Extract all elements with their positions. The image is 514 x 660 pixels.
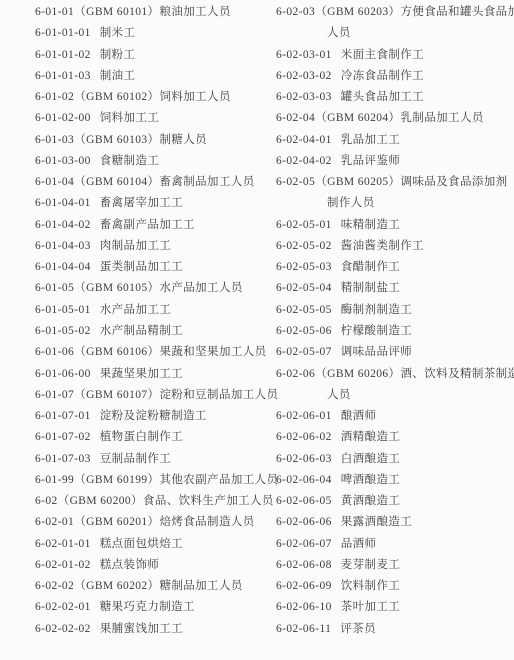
entry-code: 6-01-03-00 — [35, 155, 91, 167]
entry-line: 6-01-07-01淀粉及淀粉糖制造工 — [35, 406, 265, 427]
entry-label: 饲料加工工 — [100, 112, 160, 124]
category-entry-line: 6-02（GBM 60200）食品、饮料生产加工人员 — [35, 491, 265, 512]
entry-label: 酒精酿造工 — [341, 431, 401, 443]
category-entry-line: 6-01-99（GBM 60199）其他农副产品加工人员 — [35, 470, 265, 491]
entry-wrap-line: 人员 — [276, 385, 514, 406]
entry-label: 粮油加工人员 — [159, 6, 230, 18]
entry-code: 6-02-06-08 — [276, 559, 332, 571]
entry-code: 6-02-06-03 — [276, 453, 332, 465]
entry-code: 6-01-99 — [35, 474, 74, 486]
entry-label: 酶制剂制造工 — [341, 304, 412, 316]
entry-label: 制粉工 — [100, 49, 136, 61]
entry-label: 果露酒酿造工 — [341, 516, 412, 528]
entry-label: 调味品品评师 — [341, 346, 412, 358]
entry-gbm-code: （GBM 60202） — [74, 580, 159, 592]
entry-line: 6-02-05-06柠檬酸制造工 — [276, 321, 514, 342]
entry-label: 糖制品加工人员 — [159, 580, 242, 592]
entry-code: 6-01-04-04 — [35, 261, 91, 273]
category-entry-line: 6-02-02（GBM 60202）糖制品加工人员 — [35, 576, 265, 597]
entry-line: 6-01-05-01水产品加工工 — [35, 300, 265, 321]
entry-label: 焙烤食品制造人员 — [159, 516, 254, 528]
entry-label: 畜禽屠宰加工工 — [100, 197, 183, 209]
left-column: 6-01-01（GBM 60101）粮油加工人员6-01-01-01制米工6-0… — [35, 2, 265, 640]
entry-code: 6-01-04-01 — [35, 197, 91, 209]
entry-wrap-line: 制作人员 — [276, 193, 514, 214]
entry-line: 6-01-04-02畜禽副产品加工工 — [35, 215, 265, 236]
entry-line: 6-01-03-00食糖制造工 — [35, 151, 265, 172]
category-entry-line: 6-02-04（GBM 60204）乳制品加工人员 — [276, 108, 514, 129]
entry-label: 味精制造工 — [341, 219, 401, 231]
category-entry-line: 6-01-03（GBM 60103）制糖人员 — [35, 130, 265, 151]
entry-gbm-code: （GBM 60101） — [74, 6, 159, 18]
entry-line: 6-02-03-03罐头食品加工工 — [276, 87, 514, 108]
entry-label: 米面主食制作工 — [341, 49, 424, 61]
category-entry-line: 6-01-01（GBM 60101）粮油加工人员 — [35, 2, 265, 23]
entry-label: 酒、饮料及精制茶制造 — [400, 368, 514, 380]
entry-line: 6-02-01-02糕点装饰师 — [35, 555, 265, 576]
entry-code: 6-02-06-07 — [276, 538, 332, 550]
entry-gbm-code: （GBM 60201） — [74, 516, 159, 528]
entry-label: 评茶员 — [340, 623, 376, 635]
entry-code: 6-01-06 — [35, 346, 74, 358]
entry-code: 6-02-05-06 — [276, 325, 332, 337]
entry-code: 6-01-07-03 — [35, 453, 91, 465]
entry-label: 麦芽制麦工 — [341, 559, 401, 571]
entry-label: 罐头食品加工工 — [341, 91, 424, 103]
entry-line: 6-01-01-03制油工 — [35, 66, 265, 87]
entry-label: 其他农副产品加工人员 — [159, 474, 278, 486]
category-entry-line: 6-02-05（GBM 60205）调味品及食品添加剂 — [276, 172, 514, 193]
entry-line: 6-02-04-01乳品加工工 — [276, 130, 514, 151]
entry-label: 柠檬酸制造工 — [341, 325, 412, 337]
entry-label: 制米工 — [100, 27, 136, 39]
category-entry-line: 6-01-05（GBM 60105）水产品加工人员 — [35, 278, 265, 299]
entry-label: 制作人员 — [327, 197, 375, 209]
entry-line: 6-02-06-10茶叶加工工 — [276, 597, 514, 618]
entry-line: 6-02-05-03食醋制作工 — [276, 257, 514, 278]
entry-code: 6-01-07-01 — [35, 410, 91, 422]
entry-line: 6-01-04-04蛋类制品加工工 — [35, 257, 265, 278]
entry-label: 糖果巧克力制造工 — [100, 601, 195, 613]
entry-label: 果蔬和坚果加工人员 — [159, 346, 266, 358]
entry-label: 水产制品精制工 — [100, 325, 183, 337]
entry-line: 6-02-06-01酿酒师 — [276, 406, 514, 427]
entry-code: 6-02-06-10 — [276, 601, 332, 613]
entry-code: 6-01-04-02 — [35, 219, 91, 231]
category-entry-line: 6-01-02（GBM 60102）饲料加工人员 — [35, 87, 265, 108]
entry-gbm-code: （GBM 60105） — [74, 282, 159, 294]
entry-line: 6-02-06-03白酒酿造工 — [276, 449, 514, 470]
entry-code: 6-01-01-01 — [35, 27, 91, 39]
entry-code: 6-02-04-02 — [276, 155, 332, 167]
entry-code: 6-02 — [35, 495, 58, 507]
entry-gbm-code: （GBM 60206） — [315, 368, 400, 380]
entry-line: 6-01-07-03豆制品制作工 — [35, 449, 265, 470]
entry-line: 6-02-06-09饮料制作工 — [276, 576, 514, 597]
entry-label: 黄酒酿造工 — [341, 495, 401, 507]
entry-label: 冷冻食品制作工 — [341, 70, 424, 82]
entry-code: 6-02-02 — [35, 580, 74, 592]
entry-label: 果蔬坚果加工工 — [100, 368, 183, 380]
entry-line: 6-02-03-02冷冻食品制作工 — [276, 66, 514, 87]
entry-label: 糕点面包烘焙工 — [100, 538, 183, 550]
entry-code: 6-01-02-00 — [35, 112, 91, 124]
entry-code: 6-02-03 — [276, 6, 315, 18]
entry-label: 植物蛋白制作工 — [100, 431, 183, 443]
entry-gbm-code: （GBM 60199） — [74, 474, 159, 486]
entry-line: 6-01-06-00果蔬坚果加工工 — [35, 364, 265, 385]
entry-label: 水产品加工工 — [100, 304, 171, 316]
entry-label: 人员 — [327, 389, 351, 401]
entry-code: 6-01-05-02 — [35, 325, 91, 337]
entry-line: 6-02-03-01米面主食制作工 — [276, 45, 514, 66]
entry-gbm-code: （GBM 60102） — [74, 91, 159, 103]
entry-label: 啤酒酿造工 — [341, 474, 401, 486]
entry-code: 6-02-06-04 — [276, 474, 332, 486]
entry-line: 6-01-07-02植物蛋白制作工 — [35, 427, 265, 448]
entry-label: 酱油酱类制作工 — [341, 240, 424, 252]
category-entry-line: 6-01-04（GBM 60104）畜禽制品加工人员 — [35, 172, 265, 193]
entry-code: 6-02-04 — [276, 112, 315, 124]
category-entry-line: 6-02-06（GBM 60206）酒、饮料及精制茶制造 — [276, 364, 514, 385]
entry-label: 豆制品制作工 — [100, 453, 171, 465]
entry-code: 6-02-06-02 — [276, 431, 332, 443]
entry-code: 6-02-06 — [276, 368, 315, 380]
entry-line: 6-01-05-02水产制品精制工 — [35, 321, 265, 342]
entry-line: 6-02-05-01味精制造工 — [276, 215, 514, 236]
entry-line: 6-02-05-07调味品品评师 — [276, 342, 514, 363]
entry-code: 6-02-03-03 — [276, 91, 332, 103]
entry-code: 6-02-06-05 — [276, 495, 332, 507]
entry-label: 淀粉及淀粉糖制造工 — [100, 410, 207, 422]
entry-code: 6-02-03-01 — [276, 49, 332, 61]
entry-code: 6-01-01-02 — [35, 49, 91, 61]
entry-line: 6-01-04-01畜禽屠宰加工工 — [35, 193, 265, 214]
entry-label: 白酒酿造工 — [341, 453, 401, 465]
entry-label: 果脯蜜饯加工工 — [100, 623, 183, 635]
entry-line: 6-01-01-02制粉工 — [35, 45, 265, 66]
entry-line: 6-02-01-01糕点面包烘焙工 — [35, 534, 265, 555]
entry-label: 食品、饮料生产加工人员 — [143, 495, 274, 507]
entry-code: 6-01-07 — [35, 389, 74, 401]
category-entry-line: 6-02-01（GBM 60201）焙烤食品制造人员 — [35, 512, 265, 533]
entry-gbm-code: （GBM 60203） — [315, 6, 400, 18]
entry-label: 畜禽制品加工人员 — [159, 176, 254, 188]
entry-code: 6-02-01-01 — [35, 538, 91, 550]
entry-line: 6-02-06-07品酒师 — [276, 534, 514, 555]
category-entry-line: 6-02-03（GBM 60203）方便食品和罐头食品加工 — [276, 2, 514, 23]
entry-line: 6-02-06-02酒精酿造工 — [276, 427, 514, 448]
category-entry-line: 6-01-06（GBM 60106）果蔬和坚果加工人员 — [35, 342, 265, 363]
entry-gbm-code: （GBM 60106） — [74, 346, 159, 358]
entry-line: 6-02-06-06果露酒酿造工 — [276, 512, 514, 533]
entry-label: 方便食品和罐头食品加工 — [400, 6, 514, 18]
entry-label: 制油工 — [100, 70, 136, 82]
entry-code: 6-01-01 — [35, 6, 74, 18]
entry-line: 6-02-05-05酶制剂制造工 — [276, 300, 514, 321]
entry-gbm-code: （GBM 60104） — [74, 176, 159, 188]
entry-line: 6-02-06-05黄酒酿造工 — [276, 491, 514, 512]
entry-label: 饲料加工人员 — [159, 91, 230, 103]
entry-line: 6-02-06-04啤酒酿造工 — [276, 470, 514, 491]
entry-code: 6-02-05-05 — [276, 304, 332, 316]
entry-code: 6-02-06-06 — [276, 516, 332, 528]
entry-label: 蛋类制品加工工 — [100, 261, 183, 273]
entry-label: 茶叶加工工 — [341, 601, 401, 613]
entry-code: 6-02-01-02 — [35, 559, 91, 571]
entry-code: 6-02-01 — [35, 516, 74, 528]
entry-code: 6-02-06-01 — [276, 410, 332, 422]
entry-line: 6-02-02-01糖果巧克力制造工 — [35, 597, 265, 618]
entry-label: 饮料制作工 — [341, 580, 401, 592]
entry-label: 水产品加工人员 — [159, 282, 242, 294]
entry-code: 6-01-04-03 — [35, 240, 91, 252]
entry-gbm-code: （GBM 60204） — [315, 112, 400, 124]
entry-code: 6-02-05-01 — [276, 219, 332, 231]
entry-label: 人员 — [327, 27, 351, 39]
entry-code: 6-02-06-11 — [276, 623, 331, 635]
entry-code: 6-02-05-02 — [276, 240, 332, 252]
entry-label: 糕点装饰师 — [100, 559, 160, 571]
entry-code: 6-02-02-01 — [35, 601, 91, 613]
entry-label: 淀粉和豆制品加工人员 — [159, 389, 278, 401]
entry-line: 6-01-01-01制米工 — [35, 23, 265, 44]
entry-code: 6-01-05-01 — [35, 304, 91, 316]
entry-label: 酿酒师 — [341, 410, 377, 422]
category-entry-line: 6-01-07（GBM 60107）淀粉和豆制品加工人员 — [35, 385, 265, 406]
entry-label: 肉制品加工工 — [100, 240, 171, 252]
entry-code: 6-02-05 — [276, 176, 315, 188]
entry-code: 6-02-05-04 — [276, 282, 332, 294]
entry-code: 6-01-05 — [35, 282, 74, 294]
entry-code: 6-02-04-01 — [276, 134, 332, 146]
entry-code: 6-01-02 — [35, 91, 74, 103]
entry-line: 6-02-06-08麦芽制麦工 — [276, 555, 514, 576]
entry-label: 精制制盐工 — [341, 282, 401, 294]
entry-code: 6-01-07-02 — [35, 431, 91, 443]
entry-line: 6-02-04-02乳品评鉴师 — [276, 151, 514, 172]
entry-line: 6-01-02-00饲料加工工 — [35, 108, 265, 129]
entry-label: 调味品及食品添加剂 — [400, 176, 507, 188]
entry-label: 乳品评鉴师 — [341, 155, 401, 167]
entry-gbm-code: （GBM 60205） — [315, 176, 400, 188]
entry-label: 品酒师 — [341, 538, 377, 550]
entry-label: 食醋制作工 — [341, 261, 401, 273]
entry-line: 6-02-02-02果脯蜜饯加工工 — [35, 619, 265, 640]
entry-label: 畜禽副产品加工工 — [100, 219, 195, 231]
entry-line: 6-02-05-04精制制盐工 — [276, 278, 514, 299]
entry-wrap-line: 人员 — [276, 23, 514, 44]
entry-line: 6-01-04-03肉制品加工工 — [35, 236, 265, 257]
entry-code: 6-02-06-09 — [276, 580, 332, 592]
entry-gbm-code: （GBM 60107） — [74, 389, 159, 401]
entry-line: 6-02-06-11评茶员 — [276, 619, 514, 640]
entry-code: 6-01-04 — [35, 176, 74, 188]
right-column: 6-02-03（GBM 60203）方便食品和罐头食品加工人员6-02-03-0… — [276, 2, 514, 640]
entry-line: 6-02-05-02酱油酱类制作工 — [276, 236, 514, 257]
entry-code: 6-01-01-03 — [35, 70, 91, 82]
entry-code: 6-02-03-02 — [276, 70, 332, 82]
entry-gbm-code: （GBM 60103） — [74, 134, 159, 146]
entry-label: 食糖制造工 — [100, 155, 160, 167]
entry-code: 6-01-03 — [35, 134, 74, 146]
entry-gbm-code: （GBM 60200） — [58, 495, 143, 507]
entry-label: 乳品加工工 — [341, 134, 401, 146]
entry-code: 6-01-06-00 — [35, 368, 91, 380]
entry-label: 乳制品加工人员 — [400, 112, 483, 124]
entry-code: 6-02-05-07 — [276, 346, 332, 358]
entry-label: 制糖人员 — [159, 134, 207, 146]
document-page: 6-01-01（GBM 60101）粮油加工人员6-01-01-01制米工6-0… — [0, 0, 514, 660]
entry-code: 6-02-02-02 — [35, 623, 91, 635]
entry-code: 6-02-05-03 — [276, 261, 332, 273]
